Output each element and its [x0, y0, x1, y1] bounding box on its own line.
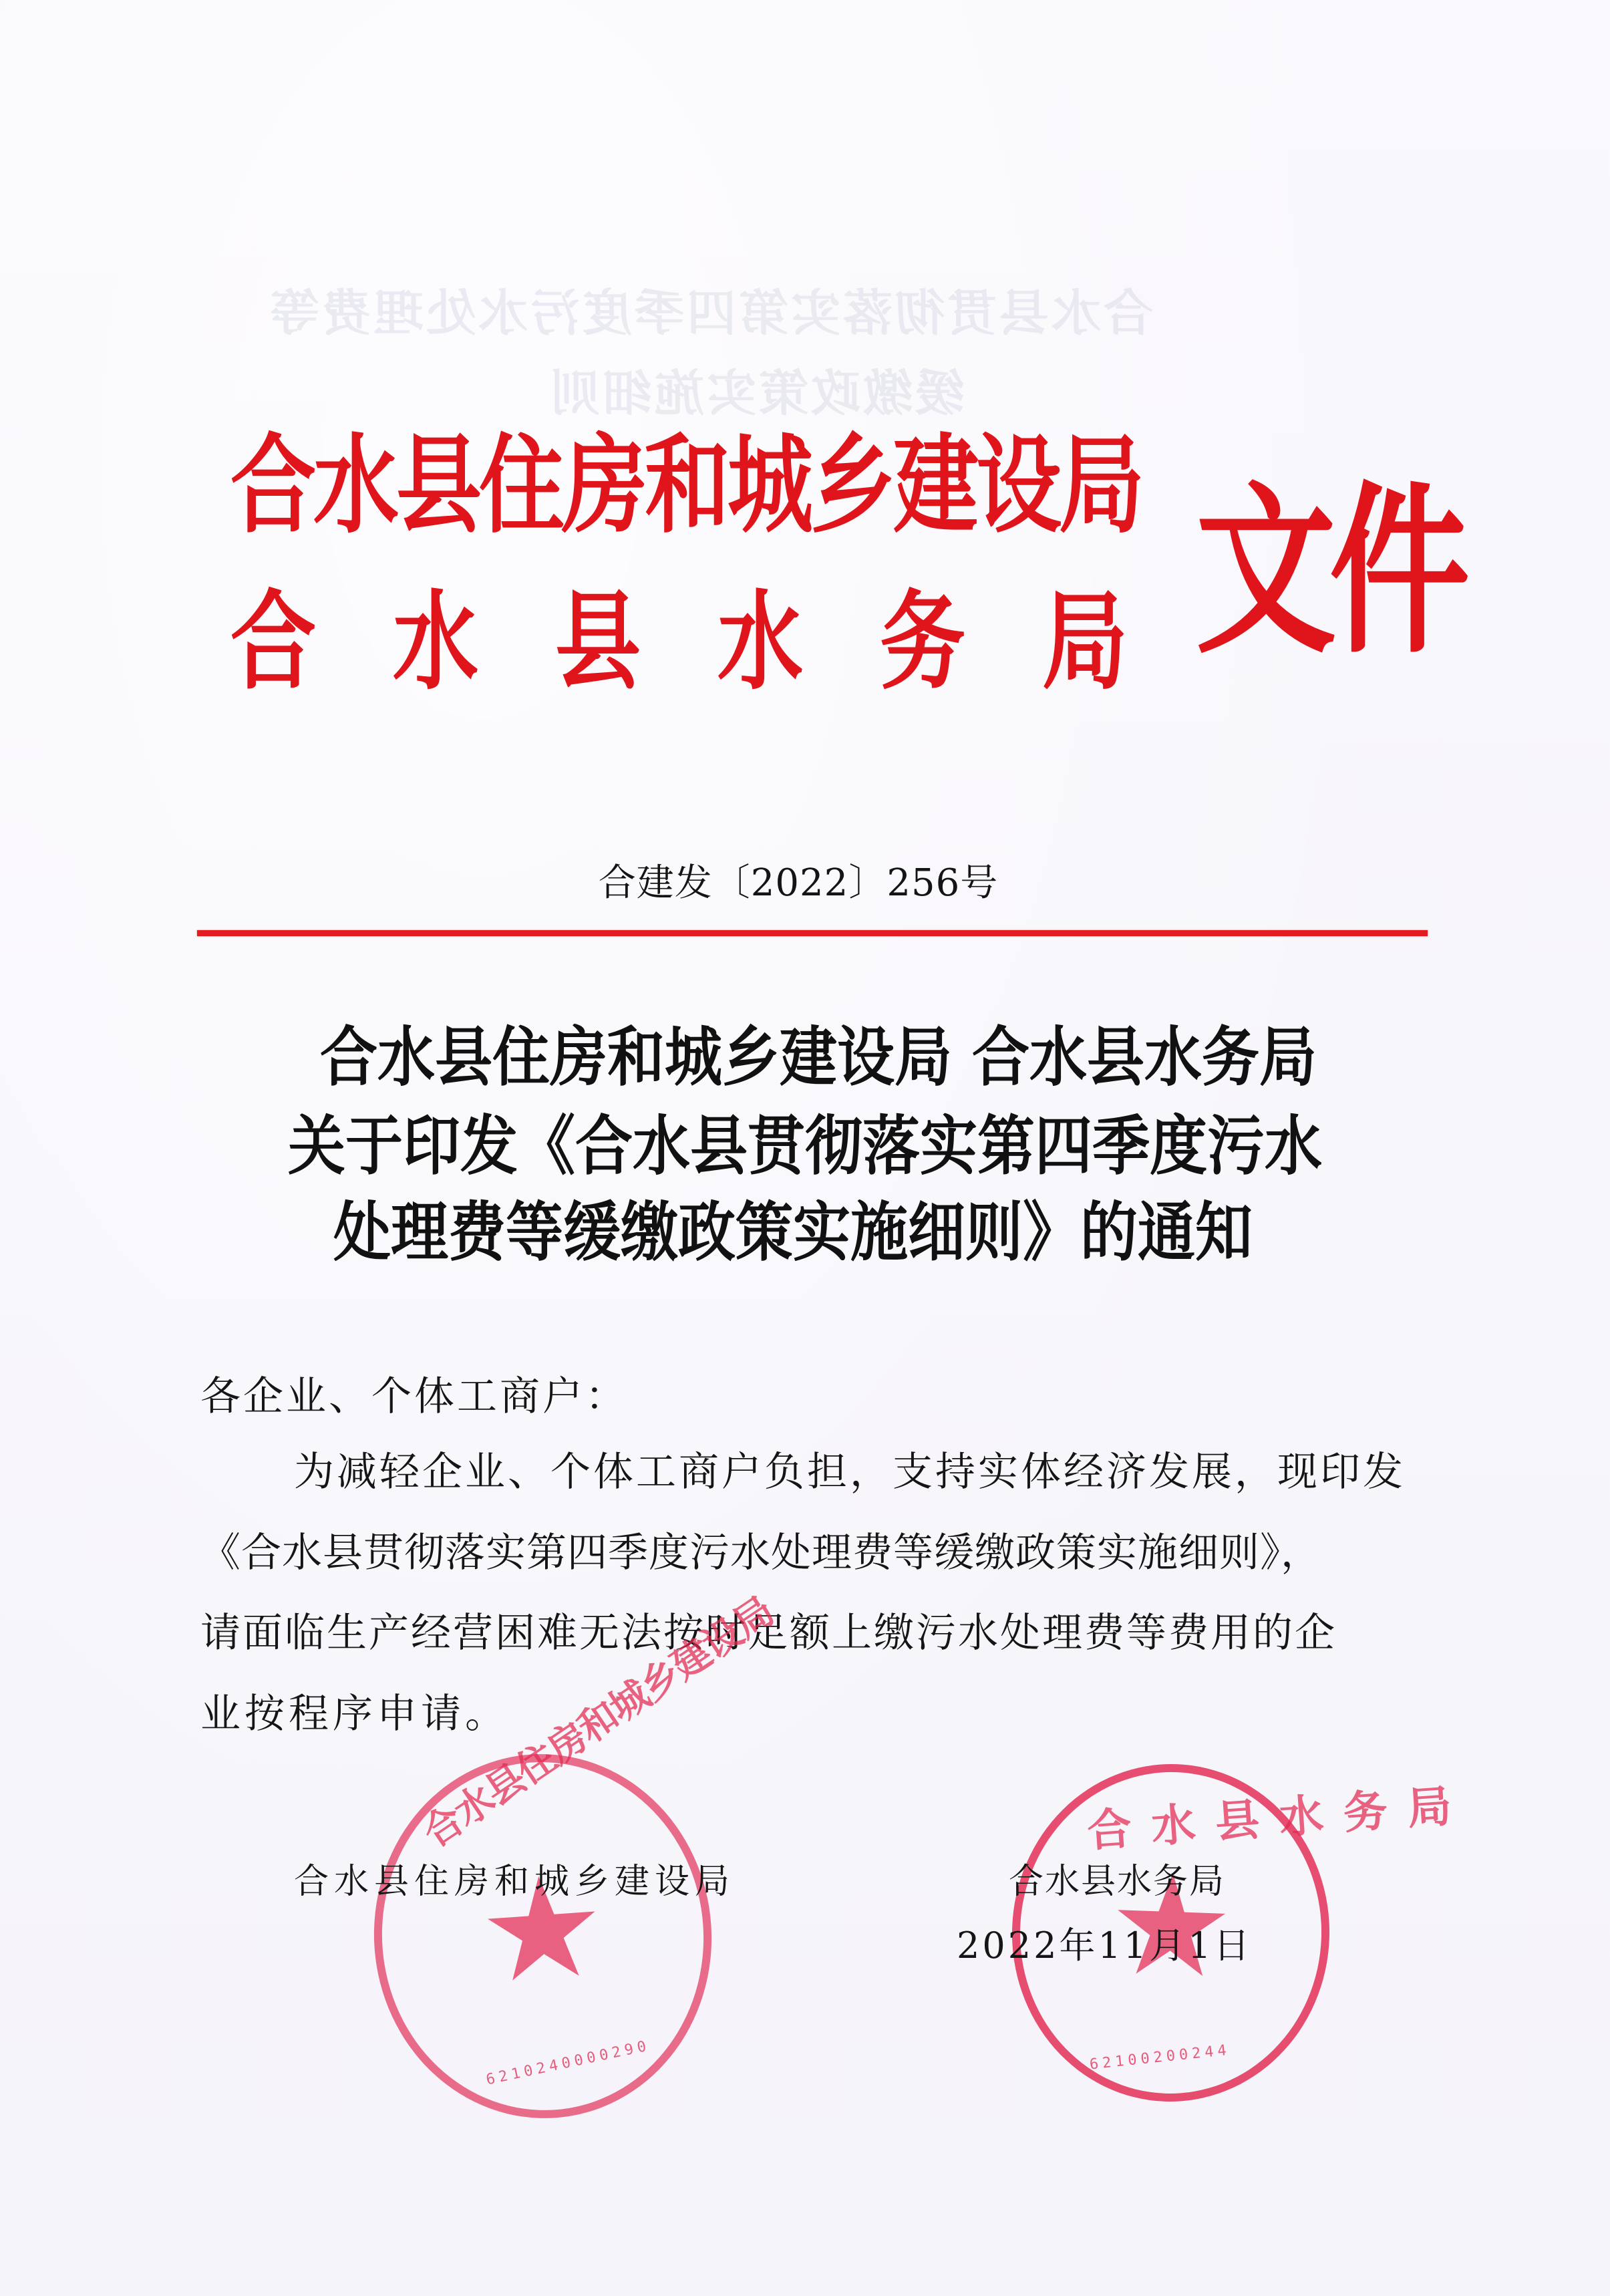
- masthead-issuer-1: 合水县住房和城乡建设局: [230, 433, 1142, 540]
- issue-date: 2022年11月1日: [957, 1928, 1253, 1964]
- document-page: 合水县贯彻落实第四季度污水处理费等 缓缴政策实施细则 合水县住房和城乡建设局 合…: [0, 0, 1610, 2296]
- document-number: 合建发〔2022〕256号: [0, 853, 1610, 907]
- masthead-doc-label: 文件: [1196, 481, 1463, 664]
- red-separator-line: [197, 930, 1428, 936]
- document-number-text: 合建发〔2022〕256号: [599, 861, 998, 905]
- signature-housing-bureau: 合水县住房和城乡建设局: [294, 1864, 735, 1899]
- masthead-issuer-2: 合水县水务局: [230, 589, 1204, 696]
- signature-water-bureau: 合水县水务局: [1009, 1864, 1225, 1899]
- official-seal-housing-bureau: ★ 合水县住房和城乡建设局 6210240000290: [362, 1743, 724, 2130]
- seal-code: 62100200244: [1089, 2042, 1231, 2073]
- body-line-4: 业按程序申请。: [200, 1694, 509, 1734]
- bleed-through-text-2: 缓缴政策实施细则: [548, 354, 965, 425]
- body-line-2: 《合水县贯彻落实第四季度污水处理费等缓缴政策实施细则》，: [200, 1533, 1321, 1573]
- notice-title-line-2: 关于印发《合水县贯彻落实第四季度污水: [0, 1115, 1610, 1179]
- notice-title-line-1: 合水县住房和城乡建设局 合水县水务局: [13, 1026, 1610, 1090]
- salutation: 各企业、个体工商户：: [200, 1377, 628, 1417]
- seal-text: 合水县水务局: [1085, 1769, 1473, 1859]
- body-line-1: 为减轻企业、个体工商户负担，支持实体经济发展，现印发: [294, 1452, 1406, 1492]
- notice-title-line-3: 处理费等缓缴政策实施细则》的通知: [0, 1201, 1598, 1265]
- seal-code: 6210240000290: [484, 2037, 651, 2088]
- bleed-through-text-1: 合水县贯彻落实第四季度污水处理费等: [267, 274, 1153, 345]
